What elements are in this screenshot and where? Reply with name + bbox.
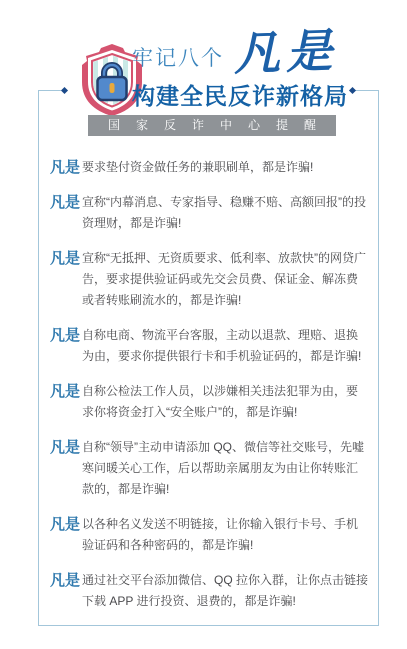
- poster-subtitle: 构建全民反诈新格局: [132, 84, 348, 109]
- item-label: 凡是: [50, 325, 82, 367]
- item-text: 通过社交平台添加微信、QQ 拉你入群，让你点击链接下载 APP 进行投资、退费的…: [82, 570, 369, 612]
- list-item: 凡是 宣称“无抵押、无资质要求、低利率、放款快”的网贷广告，要求提供验证码或先交…: [50, 248, 369, 311]
- list-item: 凡是 自称电商、物流平台客服，主动以退款、理赔、退换为由，要求你提供银行卡和手机…: [50, 325, 369, 367]
- item-label: 凡是: [50, 248, 82, 311]
- item-text: 要求垫付资金做任务的兼职刷单，都是诈骗!: [82, 157, 313, 178]
- poster-title: 牢记八个 凡是: [132, 30, 338, 76]
- frame-top-left-stub: [38, 90, 61, 91]
- list-item: 凡是 宣称“内幕消息、专家指导、稳赚不赔、高额回报”的投资理财，都是诈骗!: [50, 192, 369, 234]
- item-label: 凡是: [50, 157, 82, 178]
- item-text: 自称公检法工作人员，以涉嫌相关违法犯罪为由，要求你将资金打入“安全账户”的，都是…: [82, 381, 369, 423]
- frame-top-right-stub: [355, 90, 378, 91]
- fraud-rules-list: 凡是 要求垫付资金做任务的兼职刷单，都是诈骗! 凡是 宣称“内幕消息、专家指导、…: [50, 157, 369, 626]
- item-label: 凡是: [50, 570, 82, 612]
- item-label: 凡是: [50, 514, 82, 556]
- anti-fraud-poster: 牢记八个 凡是 构建全民反诈新格局 国家反诈中心提醒 凡是 要求垫付资金做任务的…: [0, 0, 407, 649]
- list-item: 凡是 通过社交平台添加微信、QQ 拉你入群，让你点击链接下载 APP 进行投资、…: [50, 570, 369, 612]
- list-item: 凡是 要求垫付资金做任务的兼职刷单，都是诈骗!: [50, 157, 369, 178]
- list-item: 凡是 自称公检法工作人员，以涉嫌相关违法犯罪为由，要求你将资金打入“安全账户”的…: [50, 381, 369, 423]
- item-text: 宣称“无抵押、无资质要求、低利率、放款快”的网贷广告，要求提供验证码或先交会员费…: [82, 248, 369, 311]
- title-calligraphy-text: 凡是: [233, 28, 339, 78]
- item-text: 宣称“内幕消息、专家指导、稳赚不赔、高额回报”的投资理财，都是诈骗!: [82, 192, 369, 234]
- item-label: 凡是: [50, 437, 82, 500]
- anti-fraud-center-banner: 国家反诈中心提醒: [88, 115, 336, 136]
- item-label: 凡是: [50, 381, 82, 423]
- list-item: 凡是 以各种名义发送不明链接，让你输入银行卡号、手机验证码和各种密码的，都是诈骗…: [50, 514, 369, 556]
- list-item: 凡是 自称“领导”主动申请添加 QQ、微信等社交账号，先嘘寒问暖关心工作，后以帮…: [50, 437, 369, 500]
- item-text: 自称电商、物流平台客服，主动以退款、理赔、退换为由，要求你提供银行卡和手机验证码…: [82, 325, 369, 367]
- item-text: 自称“领导”主动申请添加 QQ、微信等社交账号，先嘘寒问暖关心工作，后以帮助亲属…: [82, 437, 369, 500]
- title-prefix-text: 牢记八个: [132, 48, 224, 76]
- item-text: 以各种名义发送不明链接，让你输入银行卡号、手机验证码和各种密码的，都是诈骗!: [82, 514, 369, 556]
- item-label: 凡是: [50, 192, 82, 234]
